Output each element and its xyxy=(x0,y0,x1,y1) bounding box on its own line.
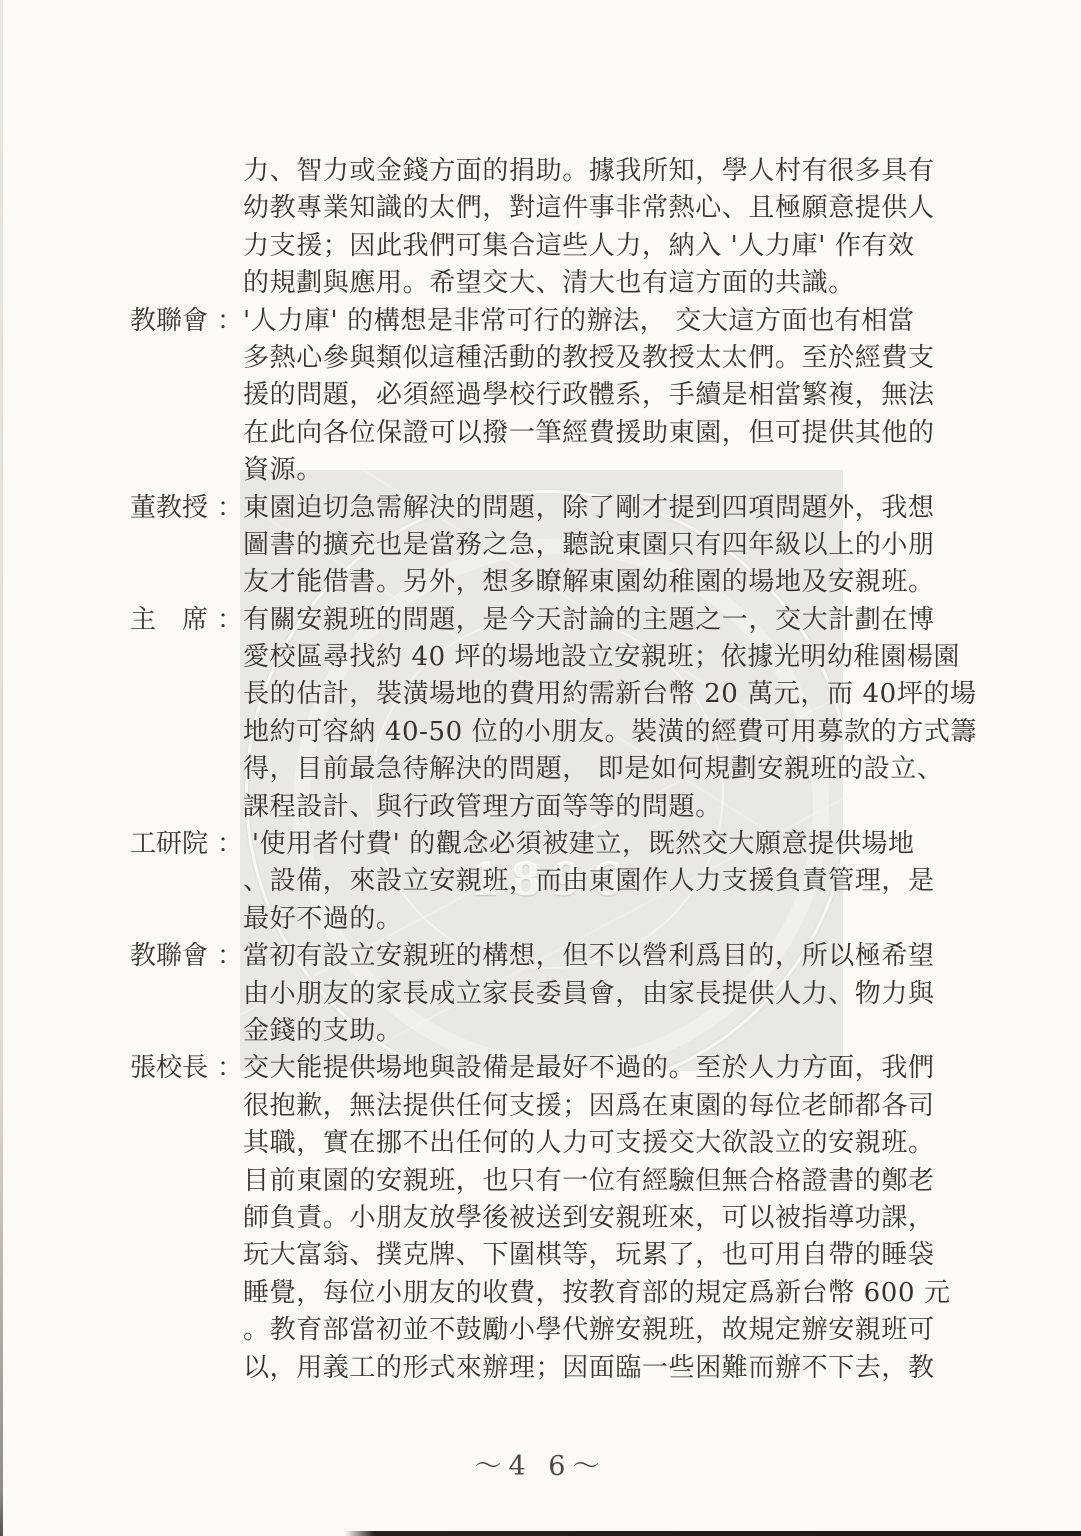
transcript-line: 師負責。小朋友放學後被送到安親班來，可以被指導功課， xyxy=(243,1200,910,1237)
speaker-label: 工研院 xyxy=(130,826,208,938)
transcript-line: 援的問題，必須經過學校行政體系，手續是相當繁複，無法 xyxy=(243,377,910,414)
transcript-line: 目前東園的安親班，也只有一位有經驗但無合格證書的鄭老 xyxy=(243,1163,910,1200)
transcript-line: '使用者付費' 的觀念必須被建立，既然交大願意提供場地 xyxy=(243,826,910,863)
transcript: 力、智力或金錢方面的捐助。據我所知，學人村有很多具有幼教專業知識的太們，對這件事… xyxy=(130,153,910,1387)
speech-block: 張校長：交大能提供場地與設備是最好不過的。至於人力方面，我們很抱歉，無法提供任何… xyxy=(130,1050,910,1387)
speech-lines: 力、智力或金錢方面的捐助。據我所知，學人村有很多具有幼教專業知識的太們，對這件事… xyxy=(243,153,910,303)
transcript-line: 得，目前最急待解決的問題， 即是如何規劃安親班的設立、 xyxy=(243,751,910,788)
speech-lines: 當初有設立安親班的構想，但不以營利爲目的，所以極希望由小朋友的家長成立家長委員會… xyxy=(243,938,910,1050)
transcript-line: 的規劃與應用。希望交大、清大也有這方面的共識。 xyxy=(243,265,910,302)
scan-bottom-edge-artifact xyxy=(345,1531,1081,1536)
speaker-cell xyxy=(130,153,243,303)
transcript-line: 資源。 xyxy=(243,452,910,489)
transcript-line: 睡覺，每位小朋友的收費，按教育部的規定爲新台幣 600 元 xyxy=(243,1275,910,1312)
transcript-line: 由小朋友的家長成立家長委員會，由家長提供人力、物力與 xyxy=(243,976,910,1013)
speech-block: 主 席：有關安親班的問題，是今天討論的主題之一，交大計劃在博愛校區尋找約 40 … xyxy=(130,602,910,826)
transcript-line: 多熱心參與類似這種活動的教授及教授太太們。至於經費支 xyxy=(243,340,910,377)
transcript-line: 有關安親班的問題，是今天討論的主題之一，交大計劃在博 xyxy=(243,602,910,639)
transcript-line: 其職，實在挪不出任何的人力可支援交大欲設立的安親班。 xyxy=(243,1125,910,1162)
speech-lines: '使用者付費' 的觀念必須被建立，既然交大願意提供場地、設備，來設立安親班，而由… xyxy=(243,826,910,938)
transcript-line: 東園迫切急需解決的問題，除了剛才提到四項問題外，我想 xyxy=(243,490,910,527)
transcript-line: 力、智力或金錢方面的捐助。據我所知，學人村有很多具有 xyxy=(243,153,910,190)
page-number: ～4 6～ xyxy=(0,1444,1081,1483)
speaker-cell: 教聯會： xyxy=(130,303,243,490)
speaker-cell: 主 席： xyxy=(130,602,243,826)
transcript-line: 圖書的擴充也是當務之急，聽說東園只有四年級以上的小朋 xyxy=(243,527,910,564)
transcript-line: 友才能借書。另外，想多瞭解東園幼稚園的場地及安親班。 xyxy=(243,564,910,601)
scan-left-edge-artifact xyxy=(0,0,3,1536)
speaker-label: 教聯會 xyxy=(130,938,208,1050)
transcript-line: 交大能提供場地與設備是最好不過的。至於人力方面，我們 xyxy=(243,1050,910,1087)
speech-lines: 東園迫切急需解決的問題，除了剛才提到四項問題外，我想圖書的擴充也是當務之急，聽說… xyxy=(243,490,910,602)
transcript-line: 以，用義工的形式來辦理；因面臨一些困難而辦不下去，教 xyxy=(243,1350,910,1387)
transcript-line: 玩大富翁、撲克牌、下圍棋等，玩累了，也可用自帶的睡袋 xyxy=(243,1237,910,1274)
transcript-line: 長的估計，裝潢場地的費用約需新台幣 20 萬元，而 40坪的場 xyxy=(243,676,910,713)
speaker-colon: ： xyxy=(217,303,243,490)
speaker-colon: ： xyxy=(217,602,243,826)
speech-lines: '人力庫' 的構想是非常可行的辦法， 交大這方面也有相當多熱心參與類似這種活動的… xyxy=(243,303,910,490)
speaker-colon: ： xyxy=(217,938,243,1050)
speech-lines: 有關安親班的問題，是今天討論的主題之一，交大計劃在博愛校區尋找約 40 坪的場地… xyxy=(243,602,910,826)
transcript-line: 幼教專業知識的太們，對這件事非常熱心、且極願意提供人 xyxy=(243,190,910,227)
speech-block: 教聯會：當初有設立安親班的構想，但不以營利爲目的，所以極希望由小朋友的家長成立家… xyxy=(130,938,910,1050)
speech-block: 教聯會：'人力庫' 的構想是非常可行的辦法， 交大這方面也有相當多熱心參與類似這… xyxy=(130,303,910,490)
speaker-cell: 工研院： xyxy=(130,826,243,938)
transcript-line: 最好不過的。 xyxy=(243,901,910,938)
speaker-label: 教聯會 xyxy=(130,303,208,490)
transcript-line: 在此向各位保證可以撥一筆經費援助東園，但可提供其他的 xyxy=(243,415,910,452)
transcript-line: 當初有設立安親班的構想，但不以營利爲目的，所以極希望 xyxy=(243,938,910,975)
speaker-label: 董教授 xyxy=(130,490,208,602)
transcript-line: 力支援；因此我們可集合這些人力，納入 '人力庫' 作有效 xyxy=(243,228,910,265)
transcript-line: 地約可容納 40-50 位的小朋友。裝潢的經費可用募款的方式籌 xyxy=(243,714,910,751)
speaker-colon: ： xyxy=(217,1050,243,1387)
speaker-cell: 教聯會： xyxy=(130,938,243,1050)
speaker-cell: 張校長： xyxy=(130,1050,243,1387)
scanned-document-page: 1896 力、智力或金錢方面的捐助。據我所知，學人村有很多具有幼教專業知識的太們… xyxy=(0,0,1081,1536)
speaker-colon: ： xyxy=(217,826,243,938)
speech-block: 工研院： '使用者付費' 的觀念必須被建立，既然交大願意提供場地、設備，來設立安… xyxy=(130,826,910,938)
speaker-label: 張校長 xyxy=(130,1050,208,1387)
speech-block: 力、智力或金錢方面的捐助。據我所知，學人村有很多具有幼教專業知識的太們，對這件事… xyxy=(130,153,910,303)
transcript-line: '人力庫' 的構想是非常可行的辦法， 交大這方面也有相當 xyxy=(243,303,910,340)
speaker-cell: 董教授： xyxy=(130,490,243,602)
transcript-line: 課程設計、與行政管理方面等等的問題。 xyxy=(243,789,910,826)
transcript-line: 。教育部當初並不鼓勵小學代辦安親班，故規定辦安親班可 xyxy=(243,1312,910,1349)
transcript-line: 很抱歉，無法提供任何支援；因爲在東園的每位老師都各司 xyxy=(243,1088,910,1125)
speaker-label: 主 席 xyxy=(130,602,208,826)
speech-lines: 交大能提供場地與設備是最好不過的。至於人力方面，我們很抱歉，無法提供任何支援；因… xyxy=(243,1050,910,1387)
speech-block: 董教授：東園迫切急需解決的問題，除了剛才提到四項問題外，我想圖書的擴充也是當務之… xyxy=(130,490,910,602)
transcript-line: 、設備，來設立安親班，而由東園作人力支援負責管理，是 xyxy=(243,863,910,900)
transcript-line: 愛校區尋找約 40 坪的場地設立安親班；依據光明幼稚園楊園 xyxy=(243,639,910,676)
transcript-line: 金錢的支助。 xyxy=(243,1013,910,1050)
speaker-colon: ： xyxy=(217,490,243,602)
